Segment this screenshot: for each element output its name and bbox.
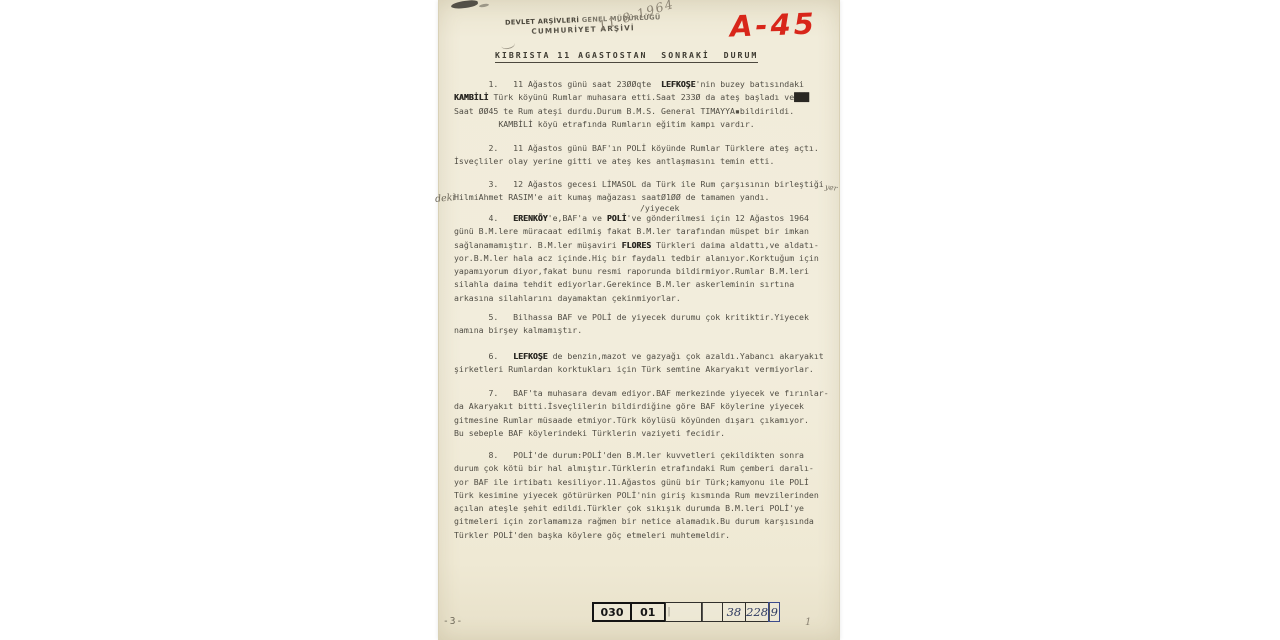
paragraph-7: 7. BAF'ta muhasara devam ediyor.BAF merk… — [454, 387, 829, 440]
text-line: yor.B.M.ler hala acz içinde.Hiç bir fayd… — [454, 252, 819, 265]
paragraph-2: 2. 11 Ağastos günü BAF'ın POLİ köyünde R… — [454, 142, 819, 169]
text-line: 8. POLİ'de durum:POLİ'den B.M.ler kuvvet… — [454, 449, 819, 462]
catalog-cell: 228 — [745, 602, 770, 622]
text-line: durum çok kötü bir hal almıştır.Türkleri… — [454, 462, 819, 475]
text-line: Bu sebeple BAF köylerindeki Türklerin va… — [454, 427, 829, 440]
text-line: namına birşey kalmamıştır. — [454, 324, 809, 337]
text-line: şirketleri Rumlardan korktukları için Tü… — [454, 363, 824, 376]
catalog-stamp-box: 03001|382289 — [592, 602, 780, 622]
text-line: gitmeleri için zorlamamıza rağmen bir ne… — [454, 515, 819, 528]
text-line: da Akaryakıt bitti.İsveçlilerin bildirdi… — [454, 400, 829, 413]
text-line: günü B.M.lere müracaat edilmiş fakat B.M… — [454, 225, 819, 238]
paragraph-1: 1. 11 Ağastos günü saat 23ØØqte LEFKOŞE'… — [454, 78, 809, 131]
text-line: 6. LEFKOŞE de benzin,mazot ve gazyağı ço… — [454, 350, 824, 363]
text-line: 2. 11 Ağastos günü BAF'ın POLİ köyünde R… — [454, 142, 819, 155]
catalog-cell: | — [665, 602, 703, 622]
handwritten-margin-note: deki — [434, 192, 456, 205]
text-line: açılan ateşle şehit edildi.Türkler çok s… — [454, 502, 819, 515]
text-line: 7. BAF'ta muhasara devam ediyor.BAF merk… — [454, 387, 829, 400]
catalog-cell: 9 — [768, 602, 780, 622]
paragraph-8: 8. POLİ'de durum:POLİ'den B.M.ler kuvvet… — [454, 449, 819, 542]
text-line: sağlanamamıştır. B.M.ler müşaviri FLORES… — [454, 239, 819, 252]
scan-background: DEVLET ARŞİVLERİ GENEL MÜDÜRLÜĞÜ CUMHURİ… — [0, 0, 1280, 640]
text-line: 5. Bilhassa BAF ve POLİ de yiyecek durum… — [454, 311, 809, 324]
catalog-cell: 030 — [592, 602, 632, 622]
inserted-word-note: /yiyecek — [640, 203, 679, 213]
text-line: 3. 12 Ağastos gecesi LİMASOL da Türk ile… — [454, 178, 836, 191]
text-line: 4. ERENKÖY'e,BAF'a ve POLİ've gönderilme… — [454, 212, 819, 225]
text-line: yor BAF ile irtibatı kesiliyor.11.Ağasto… — [454, 476, 819, 489]
text-line: 1. 11 Ağastos günü saat 23ØØqte LEFKOŞE'… — [454, 78, 809, 91]
catalog-cell: 38 — [722, 602, 746, 622]
text-line: silahla daima tehdit ediyorlar.Gerekince… — [454, 278, 819, 291]
paragraph-6: 6. LEFKOŞE de benzin,mazot ve gazyağı ço… — [454, 350, 824, 377]
text-line: gitmesine Rumlar müsaade etmiyor.Türk kö… — [454, 414, 829, 427]
paragraph-5: 5. Bilhassa BAF ve POLİ de yiyecek durum… — [454, 311, 809, 338]
document-page: DEVLET ARŞİVLERİ GENEL MÜDÜRLÜĞÜ CUMHURİ… — [438, 0, 840, 640]
page-number: -3- — [443, 616, 463, 627]
body-text: 1. 11 Ağastos günü saat 23ØØqte LEFKOŞE'… — [439, 0, 839, 640]
paragraph-4: 4. ERENKÖY'e,BAF'a ve POLİ've gönderilme… — [454, 212, 819, 305]
catalog-cell — [701, 602, 723, 622]
text-line: Türkler POLİ'den başka köylere göç etmel… — [454, 529, 819, 542]
text-line: KAMBİLİ Türk köyünü Rumlar muhasara etti… — [454, 91, 809, 104]
text-line: yapamıyorum diyor,fakat bunu resmi rapor… — [454, 265, 819, 278]
text-line: arkasına silahlarını dayamaktan çekinmiy… — [454, 292, 819, 305]
catalog-cell: 01 — [630, 602, 666, 622]
paragraph-3: 3. 12 Ağastos gecesi LİMASOL da Türk ile… — [454, 178, 836, 205]
text-line: Türk kesimine yiyecek götürürken POLİ'ni… — [454, 489, 819, 502]
text-line: Saat ØØ45 te Rum ateşi durdu.Durum B.M.S… — [454, 105, 809, 118]
corner-mark: 1 — [805, 617, 811, 628]
text-line: KAMBİLİ köyü etrafında Rumların eğitim k… — [454, 118, 809, 131]
text-line: İsveçliler olay yerine gitti ve ateş kes… — [454, 155, 819, 168]
handwritten-note-yer: yer — [824, 180, 838, 195]
